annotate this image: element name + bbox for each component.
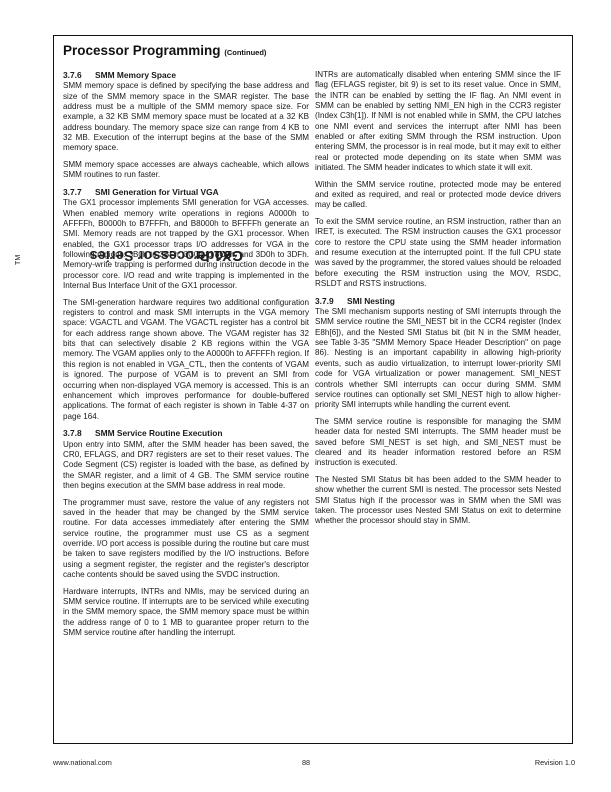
section-title: SMM Service Routine Execution <box>95 428 223 438</box>
right-column: INTRs are automatically disabled when en… <box>315 70 561 533</box>
section-title: SMI Generation for Virtual VGA <box>95 187 219 197</box>
footer-page-number: 88 <box>302 758 310 767</box>
paragraph: INTRs are automatically disabled when en… <box>315 70 561 173</box>
footer-revision: Revision 1.0 <box>535 758 575 767</box>
section-number: 3.7.8 <box>63 428 95 438</box>
paragraph: Upon entry into SMM, after the SMM heade… <box>63 440 309 492</box>
paragraph: Within the SMM service routine, protecte… <box>315 180 561 211</box>
section-number: 3.7.9 <box>315 296 347 306</box>
continued-label: (Continued) <box>224 48 266 57</box>
section-title: SMI Nesting <box>347 296 395 306</box>
section-heading-3-7-7: 3.7.7SMI Generation for Virtual VGA <box>63 187 309 197</box>
section-number: 3.7.6 <box>63 70 95 80</box>
footer-website-link[interactable]: www.national.com <box>53 758 112 767</box>
page-title: Processor Programming (Continued) <box>63 43 266 58</box>
paragraph: The SMM service routine is responsible f… <box>315 417 561 469</box>
left-column: 3.7.6SMM Memory Space SMM memory space i… <box>63 70 309 645</box>
paragraph: To exit the SMM service routine, an RSM … <box>315 217 561 289</box>
paragraph: SMM memory space is defined by specifyin… <box>63 81 309 153</box>
trademark-symbol: TM <box>15 255 22 265</box>
page-title-text: Processor Programming <box>63 43 221 58</box>
paragraph: The programmer must save, restore the va… <box>63 498 309 581</box>
paragraph: Hardware interrupts, INTRs and NMIs, may… <box>63 587 309 639</box>
section-heading-3-7-8: 3.7.8SMM Service Routine Execution <box>63 428 309 438</box>
paragraph: SMM memory space accesses are always cac… <box>63 160 309 181</box>
paragraph: The Nested SMI Status bit has been added… <box>315 475 561 527</box>
paragraph: The GX1 processor implements SMI generat… <box>63 198 309 291</box>
section-number: 3.7.7 <box>63 187 95 197</box>
series-title-text: GeodeTM GX1 Processor Series <box>13 255 29 265</box>
section-title: SMM Memory Space <box>95 70 176 80</box>
side-series-title: GeodeTM GX1 Processor Series <box>11 35 31 265</box>
section-heading-3-7-6: 3.7.6SMM Memory Space <box>63 70 309 80</box>
section-heading-3-7-9: 3.7.9SMI Nesting <box>315 296 561 306</box>
paragraph: The SMI mechanism supports nesting of SM… <box>315 307 561 410</box>
paragraph: The SMI-generation hardware requires two… <box>63 298 309 422</box>
